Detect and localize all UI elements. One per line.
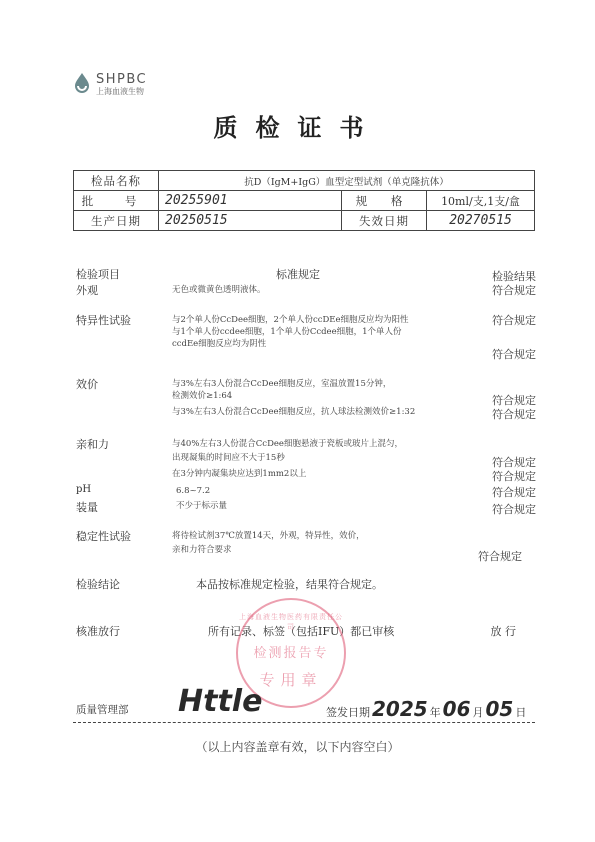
inspection-row: 亲和力 与40%左右3人份混合CcDee细胞悬液于瓷板或玻片上混匀， 出现凝集的… bbox=[76, 436, 536, 482]
dept-label: 质量管理部 bbox=[76, 702, 129, 717]
header-standard: 标准规定 bbox=[276, 266, 320, 282]
row-standard: 无色或微黄色透明液体。 bbox=[172, 284, 266, 296]
row-standard: 不少于标示量 bbox=[176, 500, 227, 512]
row-result: 符合规定 bbox=[492, 312, 536, 328]
day-unit: 日 bbox=[515, 704, 526, 720]
issue-year: 2025 bbox=[372, 697, 428, 721]
row-item: pH bbox=[76, 484, 91, 495]
year-unit: 年 bbox=[430, 704, 441, 720]
conclusion-text: 本品按标准规定检验，结果符合规定。 bbox=[196, 576, 383, 592]
spec-label: 规 格 bbox=[342, 191, 427, 211]
inspection-row: 装量 不少于标示量 符合规定 bbox=[76, 499, 536, 513]
inspection-row: 效价 与3%左右3人份混合CcDee细胞反应，室温放置15分钟， 检测效价≥1:… bbox=[76, 376, 536, 422]
issue-date-label: 签发日期 bbox=[326, 704, 370, 720]
row-item: 效价 bbox=[76, 376, 98, 392]
release-label: 核准放行 bbox=[76, 623, 120, 639]
row-standard: 出现凝集的时间应不大于15秒 bbox=[172, 452, 285, 464]
month-unit: 月 bbox=[473, 704, 484, 720]
row-standard: 与1个单人份ccdee细胞，1个单人份Ccdee细胞，1个单人份 bbox=[172, 326, 402, 338]
row-standard: 与2个单人份CcDee细胞，2个单人份ccDEe细胞反应均为阳性 bbox=[172, 314, 409, 326]
row-result: 符合规定 bbox=[492, 346, 536, 362]
row-standard: 与40%左右3人份混合CcDee细胞悬液于瓷板或玻片上混匀， bbox=[172, 438, 403, 450]
inspection-row: 特异性试验 与2个单人份CcDee细胞，2个单人份ccDEe细胞反应均为阳性 与… bbox=[76, 312, 536, 362]
inspection-row: 稳定性试验 将待检试剂37℃放置14天，外观，特异性，效价， 亲和力符合要求 符… bbox=[76, 528, 536, 564]
issue-day: 05 bbox=[486, 697, 514, 721]
row-standard: 将待检试剂37℃放置14天，外观，特异性，效价， bbox=[172, 530, 365, 542]
logo-brand: SHPBC bbox=[96, 73, 147, 86]
row-item: 亲和力 bbox=[76, 436, 109, 452]
row-standard: 检测效价≥1:64 bbox=[172, 390, 232, 402]
spec-value: 10ml/支,1支/盒 bbox=[427, 191, 535, 211]
expiry-value: 20270515 bbox=[427, 211, 535, 231]
seal-purpose: 检测报告专 bbox=[238, 642, 344, 661]
inspection-header: 检验项目 标准规定 检验结果 bbox=[76, 266, 536, 280]
row-item: 装量 bbox=[76, 499, 98, 515]
row-result: 符合规定 bbox=[492, 484, 536, 500]
row-item: 外观 bbox=[76, 282, 98, 298]
issue-date: 签发日期 2025 年 06 月 05 日 bbox=[326, 697, 526, 721]
mfg-date-label: 生产日期 bbox=[74, 211, 159, 231]
conclusion-row: 检验结论 本品按标准规定检验，结果符合规定。 bbox=[76, 576, 536, 592]
row-standard: 与3%左右3人份混合CcDee细胞反应，室温放置15分钟， bbox=[172, 378, 391, 390]
conclusion-label: 检验结论 bbox=[76, 576, 120, 592]
batch-label: 批 号 bbox=[74, 191, 159, 211]
row-result: 符合规定 bbox=[492, 282, 536, 298]
row-result: 符合规定 bbox=[478, 548, 522, 564]
page-title: 质检证书 bbox=[0, 108, 595, 143]
inspection-row: 外观 无色或微黄色透明液体。 符合规定 bbox=[76, 282, 536, 298]
product-info-table: 检品名称 抗D（IgM+IgG）血型定型试剂（单克隆抗体） 批 号 202559… bbox=[73, 170, 535, 231]
batch-value: 20255901 bbox=[159, 191, 342, 211]
header-item: 检验项目 bbox=[76, 266, 120, 282]
release-result: 放 行 bbox=[491, 623, 517, 639]
inspection-row: pH 6.8~7.2 符合规定 bbox=[76, 484, 536, 498]
row-standard: 与3%左右3人份混合CcDee细胞反应，抗人球法检测效价≥1:32 bbox=[172, 406, 415, 418]
company-logo: SHPBC 上海血液生物 bbox=[72, 72, 147, 96]
row-standard: 6.8~7.2 bbox=[176, 485, 210, 497]
row-result: 符合规定 bbox=[492, 406, 536, 422]
product-name: 抗D（IgM+IgG）血型定型试剂（单克隆抗体） bbox=[159, 171, 535, 191]
divider bbox=[73, 722, 535, 723]
row-result: 符合规定 bbox=[492, 501, 536, 517]
logo-drop-icon bbox=[72, 72, 92, 96]
seal-org-name: 上海血液生物医药有限责任公司 bbox=[238, 612, 344, 632]
logo-company-cn: 上海血液生物 bbox=[96, 88, 147, 96]
mfg-date-value: 20250515 bbox=[159, 211, 342, 231]
row-item: 稳定性试验 bbox=[76, 528, 131, 544]
expiry-label: 失效日期 bbox=[342, 211, 427, 231]
row-result: 符合规定 bbox=[492, 468, 536, 484]
issue-month: 06 bbox=[443, 697, 471, 721]
row-item: 特异性试验 bbox=[76, 312, 131, 328]
footer-note: （以上内容盖章有效，以下内容空白） bbox=[0, 738, 595, 755]
product-name-label: 检品名称 bbox=[74, 171, 159, 191]
row-standard: ccdEe细胞反应均为阴性 bbox=[172, 338, 266, 350]
signature: Httle bbox=[178, 684, 262, 719]
row-standard: 在3分钟内凝集块应达到1mm2以上 bbox=[172, 468, 306, 480]
row-standard: 亲和力符合要求 bbox=[172, 544, 232, 556]
